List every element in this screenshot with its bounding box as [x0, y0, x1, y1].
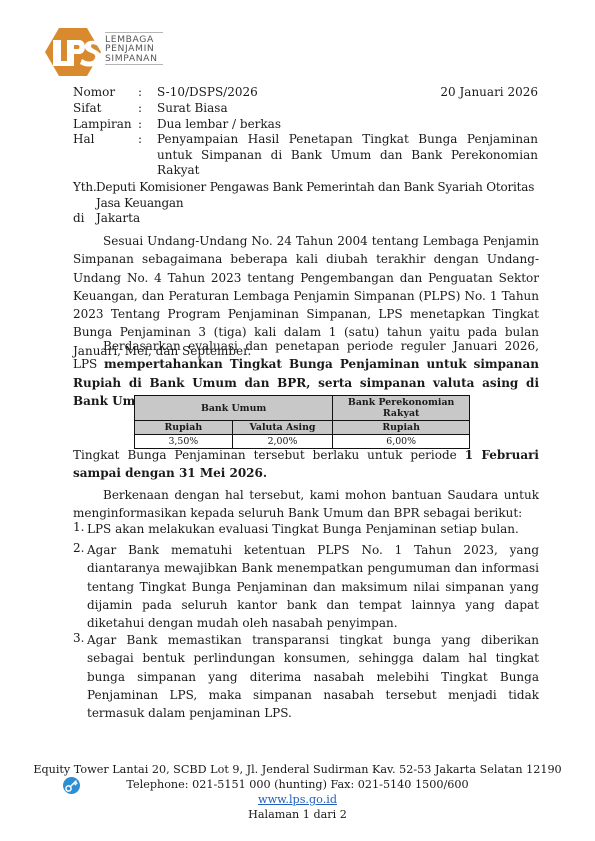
meta-value-lampiran: Dua lembar / berkas [157, 117, 281, 133]
recipient-di: di [73, 211, 85, 227]
recipient-yth: Yth. [73, 180, 97, 196]
table-subheader-bu-valas: Valuta Asing [232, 421, 333, 435]
meta-colon: : [138, 101, 142, 117]
recipient-name: Deputi Komisioner Pengawas Bank Pemerint… [96, 180, 546, 211]
footer-website-line: www.lps.go.id [0, 792, 595, 808]
meta-label-nomor: Nomor [73, 85, 115, 101]
list-item: Agar Bank memastikan transparansi tingka… [87, 631, 539, 722]
logo-wordmark: LEMBAGA PENJAMIN SIMPANAN [105, 32, 163, 65]
meta-label-sifat: Sifat [73, 101, 101, 117]
list-item: Agar Bank mematuhi ketentuan PLPS No. 1 … [87, 541, 539, 632]
lps-hexagon-logo-icon [45, 28, 101, 76]
table-subheader-bu-rupiah: Rupiah [135, 421, 233, 435]
list-number-2: 2. [73, 541, 84, 557]
guarantee-rate-table: Bank Umum Bank Perekonomian Rakyat Rupia… [134, 395, 470, 449]
list-item: LPS akan melakukan evaluasi Tingkat Bung… [87, 520, 539, 538]
paragraph-period-intro: Tingkat Bunga Penjaminan tersebut berlak… [73, 448, 465, 462]
paragraph-request: Berkenaan dengan hal tersebut, kami moho… [73, 487, 539, 523]
footer-address: Equity Tower Lantai 20, SCBD Lot 9, Jl. … [0, 762, 595, 778]
website-link[interactable]: www.lps.go.id [258, 793, 337, 806]
meta-label-hal: Hal [73, 132, 94, 148]
letter-date: 20 Januari 2026 [440, 85, 538, 101]
meta-value-hal: Penyampaian Hasil Penetapan Tingkat Bung… [157, 132, 538, 179]
meta-colon: : [138, 132, 142, 148]
list-number-3: 3. [73, 631, 84, 647]
list-number-1: 1. [73, 520, 84, 536]
meta-colon: : [138, 117, 142, 133]
table-subheader-bpr-rupiah: Rupiah [333, 421, 470, 435]
table-header-bpr: Bank Perekonomian Rakyat [333, 396, 470, 421]
meta-colon: : [138, 85, 142, 101]
footer-contact: Telephone: 021-5151 000 (hunting) Fax: 0… [0, 777, 595, 793]
paragraph-period: Tingkat Bunga Penjaminan tersebut berlak… [73, 446, 539, 483]
letter-page: LEMBAGA PENJAMIN SIMPANAN 20 Januari 202… [0, 0, 595, 841]
logo-line-3: SIMPANAN [105, 54, 163, 63]
meta-value-nomor: S-10/DSPS/2026 [157, 85, 258, 101]
meta-value-sifat: Surat Biasa [157, 101, 228, 117]
recipient-location: Jakarta [96, 211, 140, 227]
page-number: Halaman 1 dari 2 [0, 807, 595, 823]
meta-label-lampiran: Lampiran [73, 117, 132, 133]
table-header-bank-umum: Bank Umum [135, 396, 333, 421]
